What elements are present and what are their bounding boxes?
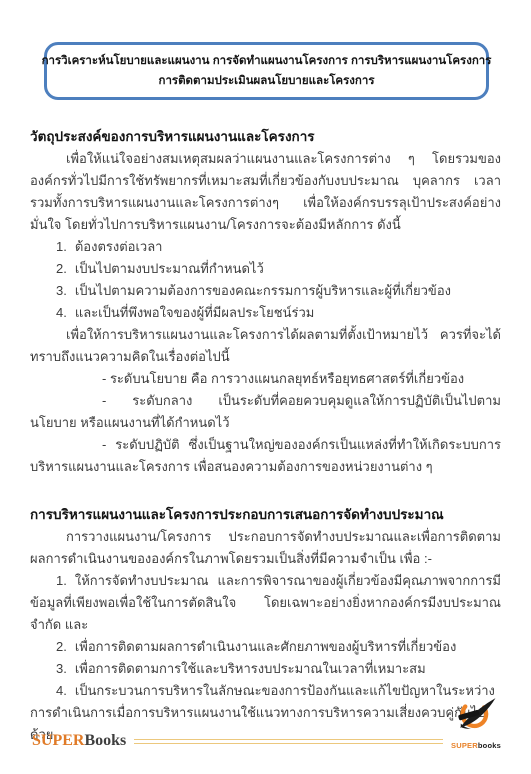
section2-item-2: 2.เพื่อการติดตามผลการดำเนินงานและศักยภาพ… (30, 636, 501, 658)
superbooks-logo-icon (454, 694, 498, 741)
caption-super: SUPER (451, 741, 478, 750)
item-text: เพื่อการติดตามผลการดำเนินงานและศักยภาพขอ… (75, 639, 457, 654)
item-text: เป็นไปตามความต้องการของคณะกรรมการผู้บริห… (75, 283, 451, 298)
item-number: 2. (56, 639, 67, 654)
section1-item-3: 3.เป็นไปตามความต้องการของคณะกรรมการผู้บร… (30, 280, 501, 302)
brand-super: SUPER (32, 732, 84, 749)
section1-follow: เพื่อให้การบริหารแผนงานและโครงการได้ผลตา… (30, 324, 501, 368)
section2-item-1: 1.ให้การจัดทำงบประมาณ และการพิจารณาของผู… (30, 570, 501, 636)
item-number: 1. (56, 573, 67, 588)
section1-heading: วัตถุประสงค์ของการบริหารแผนงานและโครงการ (30, 126, 501, 148)
item-text: ต้องตรงต่อเวลา (75, 239, 163, 254)
item-text: และเป็นที่พึงพอใจของผู้ที่มีผลประโยชน์ร่… (75, 305, 315, 320)
level-middle: - ระดับกลาง เป็นระดับที่คอยควบคุมดูแลให้… (30, 390, 501, 434)
logo-caption: SUPERbooks (451, 741, 501, 750)
title-line-1: การวิเคราะห์นโยบายและแผนงาน การจัดทำแผนง… (42, 51, 492, 71)
section2-item-3: 3.เพื่อการติดตามการใช้และบริหารงบประมาณใ… (30, 658, 501, 680)
item-number: 3. (56, 661, 67, 676)
item-text: เป็นไปตามงบประมาณที่กำหนดไว้ (75, 261, 264, 276)
item-number: 2. (56, 261, 67, 276)
footer-divider-line (134, 739, 443, 744)
item-number: 4. (56, 305, 67, 320)
item-text: ให้การจัดทำงบประมาณ และการพิจารณาของผู้เ… (30, 573, 501, 632)
section1-item-1: 1.ต้องตรงต่อเวลา (30, 236, 501, 258)
page-footer: SUPERBooks SUPERbooks (32, 694, 503, 750)
section1-item-4: 4.และเป็นที่พึงพอใจของผู้ที่มีผลประโยชน์… (30, 302, 501, 324)
section1-intro: เพื่อให้แน่ใจอย่างสมเหตุสมผลว่าแผนงานและ… (30, 148, 501, 236)
section2-intro: การวางแผนงาน/โครงการ ประกอบการจัดทำงบประ… (30, 526, 501, 570)
item-number: 3. (56, 283, 67, 298)
level-policy: - ระดับนโยบาย คือ การวางแผนกลยุทธ์หรือยุ… (30, 368, 501, 390)
title-box: การวิเคราะห์นโยบายและแผนงาน การจัดทำแผนง… (44, 42, 489, 100)
item-number: 1. (56, 239, 67, 254)
title-line-2: การติดตามประเมินผลนโยบายและโครงการ (158, 71, 374, 91)
section2-heading: การบริหารแผนงานและโครงการประกอบการเสนอกา… (30, 504, 501, 526)
document-page: การวิเคราะห์นโยบายและแผนงาน การจัดทำแผนง… (0, 0, 531, 774)
section1-item-2: 2.เป็นไปตามงบประมาณที่กำหนดไว้ (30, 258, 501, 280)
caption-books: books (478, 741, 501, 750)
level-operational: - ระดับปฏิบัติ ซึ่งเป็นฐานใหญ่ขององค์กรเ… (30, 434, 501, 478)
footer-brand: SUPERBooks (32, 732, 126, 750)
publisher-logo-block: SUPERbooks (449, 694, 503, 750)
brand-books: Books (84, 732, 126, 749)
document-body: วัตถุประสงค์ของการบริหารแผนงานและโครงการ… (0, 126, 531, 746)
item-text: เพื่อการติดตามการใช้และบริหารงบประมาณในเ… (75, 661, 426, 676)
